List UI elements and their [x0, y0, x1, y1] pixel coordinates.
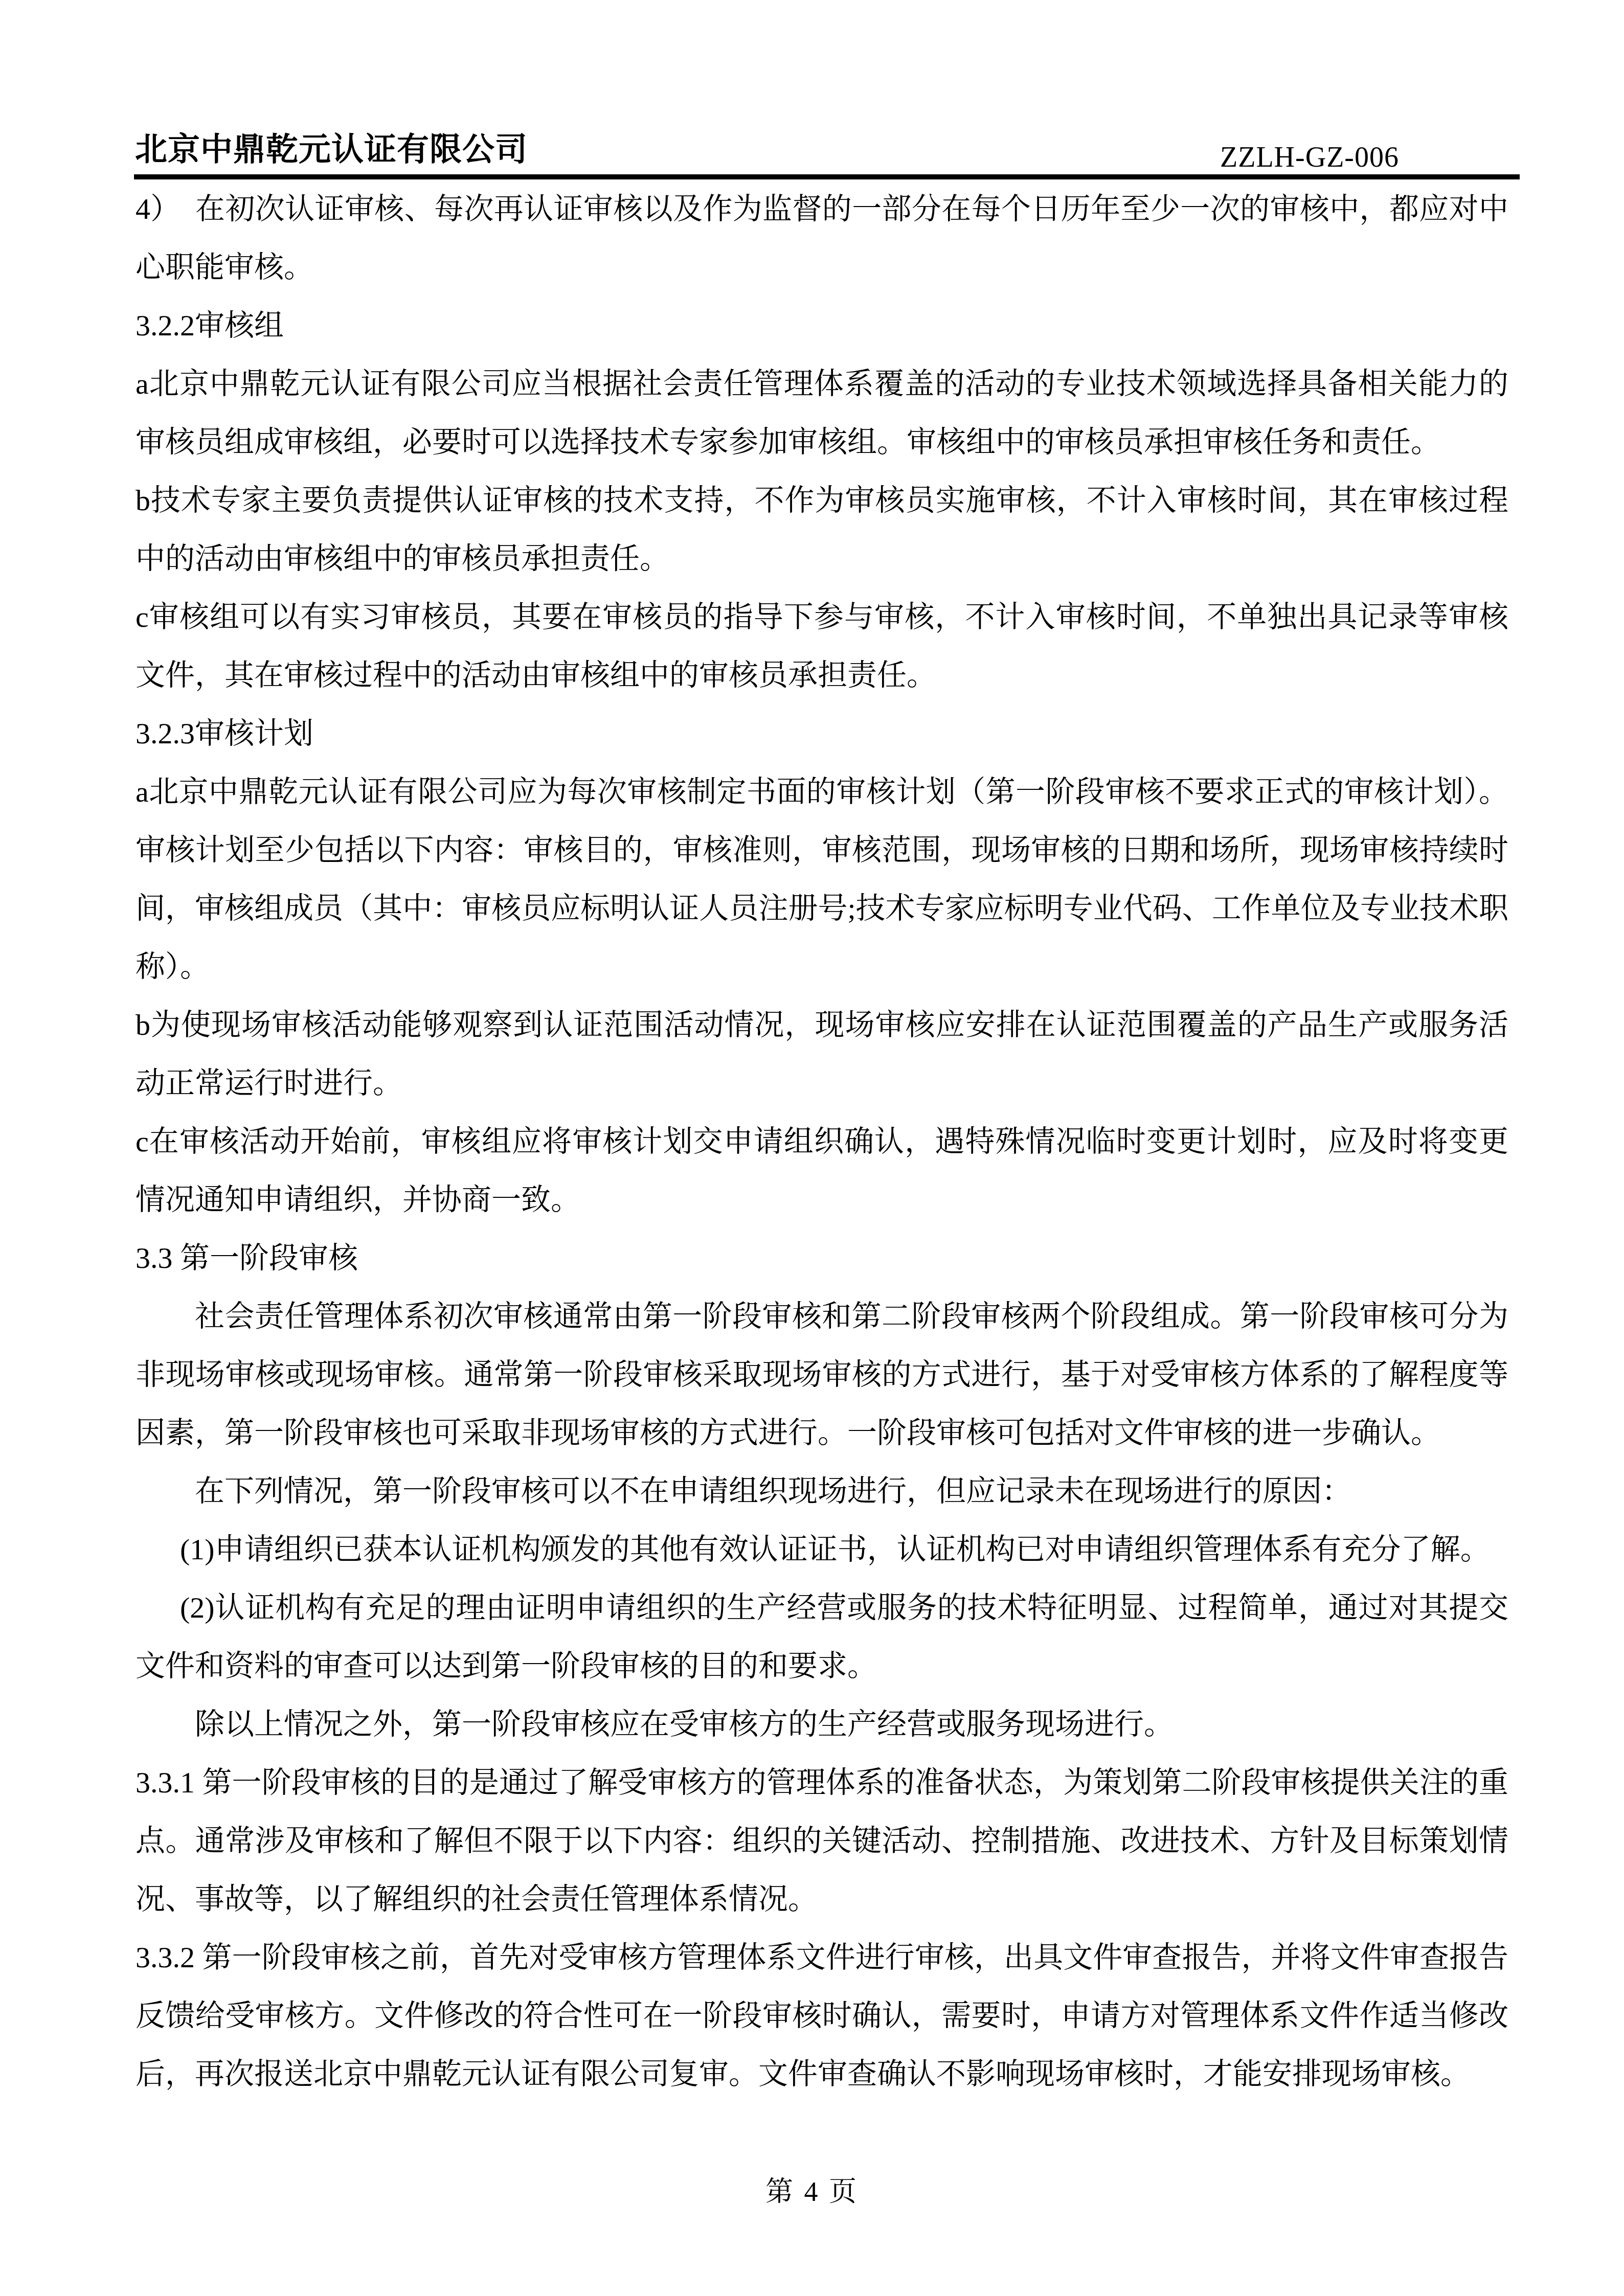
company-name: 北京中鼎乾元认证有限公司 — [135, 132, 528, 167]
paragraph: 3.3.2 第一阶段审核之前，首先对受审核方管理体系文件进行审核，出具文件审查报… — [136, 1928, 1508, 2103]
paragraph: 3.3.1 第一阶段审核的目的是通过了解受审核方的管理体系的准备状态，为策划第二… — [136, 1754, 1508, 1928]
section-heading: 3.3 第一阶段审核 — [136, 1229, 1508, 1287]
paragraph: (1)申请组织已获本认证机构颁发的其他有效认证证书，认证机构已对申请组织管理体系… — [136, 1520, 1508, 1579]
paragraph: c审核组可以有实习审核员，其要在审核员的指导下参与审核，不计入审核时间，不单独出… — [136, 588, 1508, 704]
page-footer: 第 4 页 — [0, 2174, 1624, 2210]
paragraph: c在审核活动开始前，审核组应将审核计划交申请组织确认，遇特殊情况临时变更计划时，… — [136, 1112, 1508, 1229]
document-body: 4） 在初次认证审核、每次再认证审核以及作为监督的一部分在每个日历年至少一次的审… — [136, 180, 1508, 2103]
document-header: 北京中鼎乾元认证有限公司 ZZLH-GZ-006 — [0, 0, 1624, 184]
paragraph: 4） 在初次认证审核、每次再认证审核以及作为监督的一部分在每个日历年至少一次的审… — [136, 180, 1508, 297]
document-page: 北京中鼎乾元认证有限公司 ZZLH-GZ-006 4） 在初次认证审核、每次再认… — [0, 0, 1624, 2296]
paragraph: b为使现场审核活动能够观察到认证范围活动情况，现场审核应安排在认证范围覆盖的产品… — [136, 996, 1508, 1112]
paragraph: 除以上情况之外，第一阶段审核应在受审核方的生产经营或服务现场进行。 — [136, 1695, 1508, 1754]
paragraph: (2)认证机构有充足的理由证明申请组织的生产经营或服务的技术特征明显、过程简单，… — [136, 1579, 1508, 1695]
document-code: ZZLH-GZ-006 — [1220, 143, 1399, 172]
paragraph: a北京中鼎乾元认证有限公司应为每次审核制定书面的审核计划（第一阶段审核不要求正式… — [136, 763, 1508, 996]
paragraph: 社会责任管理体系初次审核通常由第一阶段审核和第二阶段审核两个阶段组成。第一阶段审… — [136, 1287, 1508, 1462]
section-heading: 3.2.3审核计划 — [136, 704, 1508, 763]
paragraph: b技术专家主要负责提供认证审核的技术支持，不作为审核员实施审核，不计入审核时间，… — [136, 471, 1508, 588]
page-number: 第 4 页 — [765, 2176, 859, 2207]
section-heading: 3.2.2审核组 — [136, 297, 1508, 355]
paragraph: 在下列情况，第一阶段审核可以不在申请组织现场进行，但应记录未在现场进行的原因： — [136, 1462, 1508, 1520]
paragraph: a北京中鼎乾元认证有限公司应当根据社会责任管理体系覆盖的活动的专业技术领域选择具… — [136, 355, 1508, 471]
header-rule-divider — [134, 174, 1520, 179]
